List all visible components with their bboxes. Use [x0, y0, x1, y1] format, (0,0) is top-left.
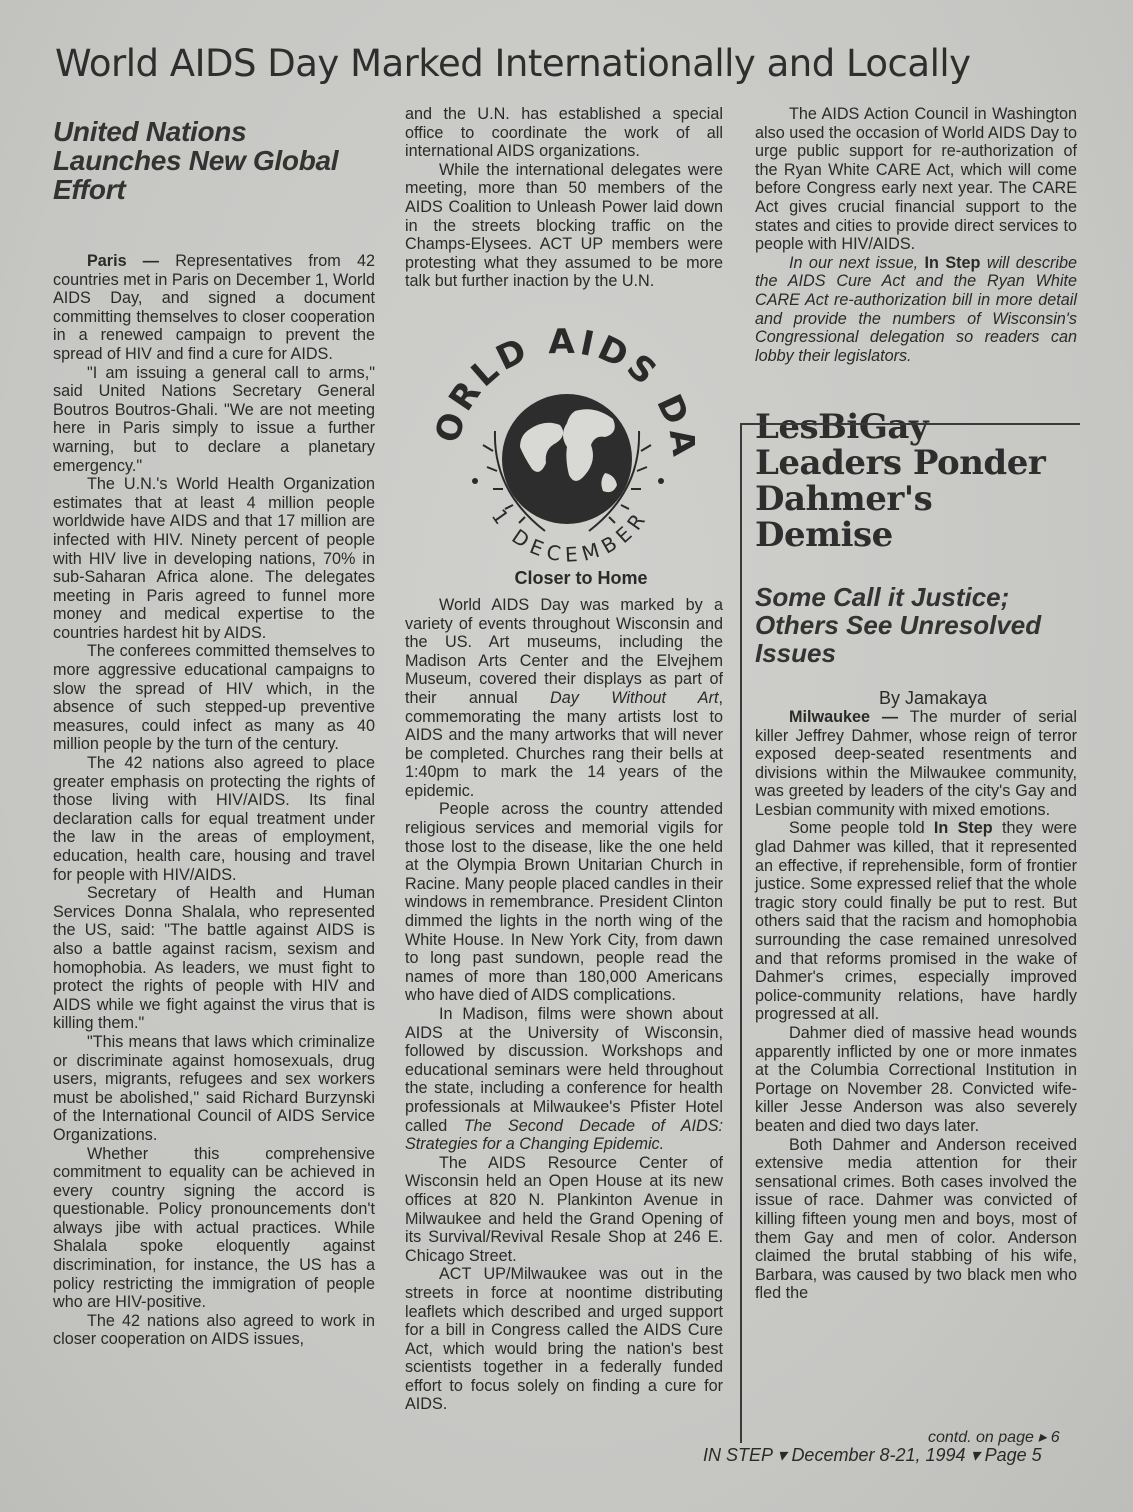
article1-paragraph: The U.N.'s World Health Organization est… — [53, 475, 375, 642]
article1-paragraph: The conferees committed themselves to mo… — [53, 642, 375, 754]
closer-paragraph: ACT UP/Milwaukee was out in the streets … — [405, 1265, 723, 1414]
col3-paragraph: The AIDS Action Council in Washington al… — [755, 105, 1077, 254]
closer-paragraph: People across the country attended relig… — [405, 800, 723, 1005]
article1-paragraph: Whether this comprehensive commitment to… — [53, 1145, 375, 1312]
article1-paragraph: and the U.N. has established a special o… — [405, 105, 723, 161]
newspaper-page: World AIDS Day Marked Internationally an… — [0, 0, 1133, 1512]
column-2: and the U.N. has established a special o… — [405, 105, 723, 1414]
world-aids-day-logo: WORLD AIDS DAY 1 DECEMBER — [405, 311, 723, 596]
closer-paragraph: The AIDS Resource Center of Wisconsin he… — [405, 1154, 723, 1266]
page-footer: IN STEP ▾ December 8-21, 1994 ▾ Page 5 — [703, 1445, 1042, 1466]
section-divider-horizontal — [740, 423, 1080, 425]
article2-headline: LesBiGay Leaders Ponder Dahmer's Demise — [755, 409, 1077, 553]
article2-paragraph: Dahmer died of massive head wounds appar… — [755, 1024, 1077, 1136]
publication-name: IN STEP — [703, 1445, 772, 1465]
article1-paragraph: "This means that laws which criminalize … — [53, 1033, 375, 1145]
column-1: United Nations Launches New Global Effor… — [53, 105, 375, 1349]
dateline: Paris — — [87, 252, 159, 270]
col3-paragraph: In our next issue, In Step will describe… — [755, 254, 1077, 366]
closer-to-home-heading: Closer to Home — [405, 569, 723, 588]
article2-paragraph: Milwaukee — The murder of serial killer … — [755, 708, 1077, 820]
article1-paragraph: Secretary of Health and Human Services D… — [53, 884, 375, 1033]
article2-subhead: Some Call it Justice; Others See Unresol… — [755, 583, 1077, 667]
article1-paragraph: The 42 nations also agreed to work in cl… — [53, 1312, 375, 1349]
page-title: World AIDS Day Marked Internationally an… — [55, 42, 1095, 85]
byline: By Jamakaya — [755, 689, 1077, 708]
article1-paragraph: While the international delegates were m… — [405, 161, 723, 291]
article1-paragraph: The 42 nations also agreed to place grea… — [53, 754, 375, 884]
column-3: The AIDS Action Council in Washington al… — [755, 105, 1077, 1303]
article1-headline: United Nations Launches New Global Effor… — [53, 117, 375, 204]
closer-paragraph: World AIDS Day was marked by a variety o… — [405, 596, 723, 801]
issue-date: December 8-21, 1994 — [791, 1445, 965, 1465]
section-divider-vertical — [740, 423, 742, 1443]
article1-paragraph: "I am issuing a general call to arms," s… — [53, 364, 375, 476]
closer-paragraph: In Madison, films were shown about AIDS … — [405, 1005, 723, 1154]
article1-paragraph: Paris — Representatives from 42 countrie… — [53, 252, 375, 364]
separator-icon: ▾ — [971, 1445, 980, 1465]
page-number: Page 5 — [985, 1445, 1042, 1465]
separator-icon: ▾ — [777, 1445, 786, 1465]
closer-to-home-heading-wrap: Closer to Home — [405, 569, 723, 588]
globe-laurel-icon: WORLD AIDS DAY 1 DECEMBER — [435, 311, 695, 596]
continued-on-page: contd. on page ▸ 6 — [928, 1427, 1060, 1447]
article2-paragraph: Some people told In Step they were glad … — [755, 819, 1077, 1024]
article2-paragraph: Both Dahmer and Anderson received extens… — [755, 1136, 1077, 1303]
